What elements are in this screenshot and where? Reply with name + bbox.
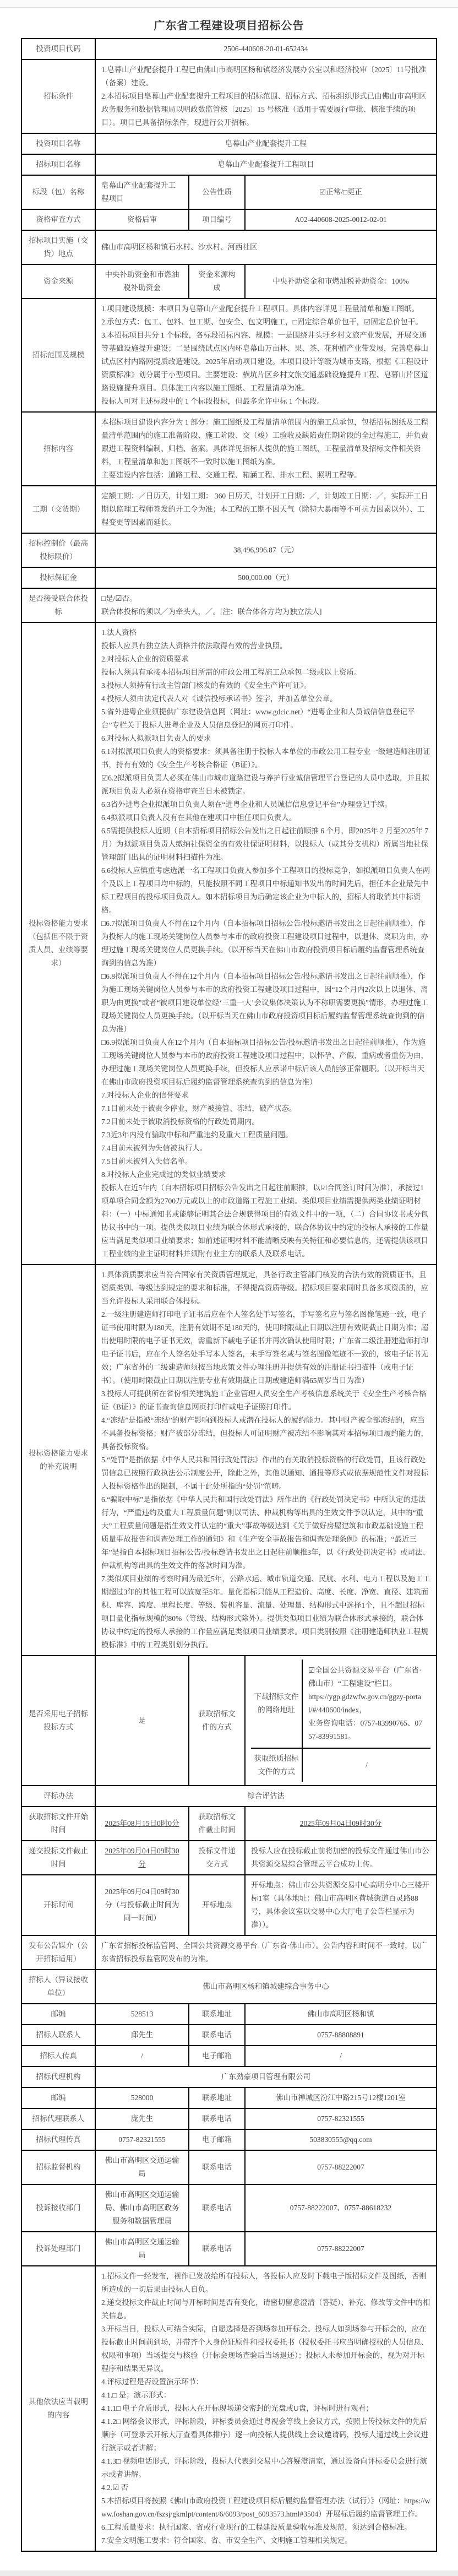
row-label: 发布公告媒介（公开招标适用） [21, 1935, 95, 1970]
row-value-2: 0757-88808891 [245, 2025, 437, 2046]
row-value: 1.皂幕山产业配套提升工程已由佛山市高明区杨和镇经济发展办公室以和经济投审〔20… [95, 59, 437, 133]
row-label-2: 项目编号 [189, 209, 245, 230]
row-value: 皂幕山产业配套提升工程项目 [95, 154, 437, 175]
row-label: 投诉接收部门 [21, 2184, 95, 2232]
row-label: 招标代理联系人 [21, 2108, 95, 2129]
row-value: □是/☑否。 联合体投标的须以／为牵头人，／。[注：联合体各方均为独立法人] [95, 588, 437, 622]
row-tender-project-name: 招标项目名称 皂幕山产业配套提升工程项目 [21, 154, 437, 175]
row-value-2: 中央补助资金和市燃油税补助资金：100% [245, 264, 437, 299]
row-doc-time: 获取招标文件开始时间 2025年08月15日0时0分 获取招标文件截止时间 20… [21, 1807, 437, 1841]
row-label-2: 获取招标文件截止时间 [189, 1807, 245, 1841]
row-label-2: 资金来源构成 [189, 264, 245, 299]
paper-doc-subrow: 获取纸质招标文件的方式 / [251, 1748, 430, 1782]
row-label-2: 电子邮箱 [189, 2046, 245, 2067]
row-value-2: 503830555@qq.com [245, 2129, 437, 2150]
row-value: 庞先生 [95, 2108, 189, 2129]
row-value: / [95, 2046, 189, 2067]
row-content: 招标内容 本招标项目建设内容分为 1 部分：施工图纸及工程量清单范围内的施工总承… [21, 412, 437, 486]
row-value-2: 0757-88222007、0757-88618232 [245, 2184, 437, 2232]
row-value: 定额工期：／日历天，计划工期： 360 日历天，计划开工日期：／，计划竣工日期：… [95, 486, 437, 533]
row-value-2: 0757-88222007 [245, 2150, 437, 2184]
row-e-bidding: 是否采用电子招标投标方式 是 获取招标文件的方式 下载招标文件的网络地址 ☑全国… [21, 1656, 437, 1786]
row-label: 招标项目实施（交货）地点 [21, 230, 95, 264]
row-value: 0757-82321555 [95, 2129, 189, 2150]
row-value: 佛山市高明区交通运输局 [95, 2150, 189, 2184]
row-value: 广东省招标投标监管网、全国公共资源交易平台（广东省·佛山市）。公告内容和时间不一… [95, 1935, 437, 1970]
row-qualification-supplement: 投标资格能力要求的补充说明 1.具体资质要求应当符合国家有关资质管理规定，具备行… [21, 1265, 437, 1656]
row-location: 招标项目实施（交货）地点 佛山市高明区杨和镇石水村、沙水村、河西社区 [21, 230, 437, 264]
row-funding: 资金来源 中央补助资金和市燃油税补助资金 资金来源构成 中央补助资金和市燃油税补… [21, 264, 437, 299]
row-value: 综合评估法 [95, 1786, 437, 1807]
announcement-table: 投资项目代码 2506-440608-20-01-652434 招标条件 1.皂… [21, 38, 437, 2552]
row-control-price: 招标控制价（最高投标限价） 38,496,996.87（元） [21, 533, 437, 567]
row-value: 是 [95, 1656, 189, 1786]
row-tenderer: 招标人（异议接收单位） 佛山市高明区杨和镇城建综合事务中心 [21, 1970, 437, 2004]
row-value: 500,000.00（元） [95, 567, 437, 588]
row-label: 招标代理机构 [21, 2067, 95, 2087]
row-value: 1.项目建设规模：本项目为皂幕山产业配套提升工程项目。具体内容详见工程量清单和施… [95, 299, 437, 412]
row-label: 招标项目名称 [21, 154, 95, 175]
browser-chrome-strip [0, 0, 458, 8]
row-value: 1.招标文件一经发布，视作已发放给所有投标人，各投标人应及时下载电子版招标文件及… [95, 2266, 437, 2551]
row-label-2: 投标文件递交方式 [189, 1841, 245, 1875]
row-value: 佛山市高明区交通运输局 [95, 2232, 189, 2266]
row-project-code: 投资项目代码 2506-440608-20-01-652434 [21, 39, 437, 59]
row-value: 中央补助资金和市燃油税补助资金 [95, 264, 189, 299]
row-value: 2025年09月04日09时30分 [95, 1841, 189, 1875]
row-tenderer-fax: 招标人传真 / 电子邮箱 / [21, 2046, 437, 2067]
row-value: 佛山市高明区杨和镇城建综合事务中心 [95, 1970, 437, 2004]
announcement-page: 广东省工程建设项目招标公告 投资项目代码 2506-440608-20-01-6… [0, 17, 458, 2570]
row-label: 招标范围及规模 [21, 299, 95, 412]
row-label-2: 公告性质 [189, 175, 245, 209]
row-value-2: 开标地点：佛山市公共资源交易中心高明分中心三楼开标1室（具体地址：佛山市高明区荷… [245, 1875, 437, 1935]
row-label: 招标代理传真 [21, 2129, 95, 2150]
row-consortium: 是否接受联合体投标 □是/☑否。 联合体投标的须以／为牵头人，／。[注：联合体各… [21, 588, 437, 622]
row-media: 发布公告媒介（公开招标适用） 广东省招标投标监管网、全国公共资源交易平台（广东省… [21, 1935, 437, 1970]
row-label: 投资项目名称 [21, 133, 95, 154]
sub-value: / [303, 1749, 430, 1782]
download-url-subrow: 下载招标文件的网络地址 ☑全国公共资源交易平台（广东省·佛山市）“工程建设”栏目… [251, 1660, 430, 1748]
row-label: 是否接受联合体投标 [21, 588, 95, 622]
row-value-2: / [245, 2046, 437, 2067]
row-value-2: 投标人应在投标截止前将加密的投标文件通过佛山市公共资源交易综合管理云平台成功上传… [245, 1841, 437, 1875]
row-bid-bond: 投标保证金 500,000.00（元） [21, 567, 437, 588]
row-qualification-requirements: 投标资格能力要求（包括但不限于资质人员、业绩等要求） 1.法人资格 投标人应具有… [21, 622, 437, 1265]
bottom-strip [0, 2570, 458, 2576]
row-label-2: 联系电话 [189, 2150, 245, 2184]
row-tenderer-postcode: 邮编 528513 联系地址 佛山市高明区杨和镇 [21, 2004, 437, 2025]
row-label: 招标人（异议接收单位） [21, 1970, 95, 2004]
row-value: 38,496,996.87（元） [95, 533, 437, 567]
row-duration: 工期（交货期） 定额工期：／日历天，计划工期： 360 日历天，计划开工日期：／… [21, 486, 437, 533]
row-agency: 招标代理机构 广东劲豪项目管理有限公司 [21, 2067, 437, 2087]
row-label-2: 联系电话 [189, 2025, 245, 2046]
row-investment-project-name: 投资项目名称 皂幕山产业配套提升工程 [21, 133, 437, 154]
row-qualification-method: 资格审查方式 资格后审 项目编号 A02-440608-2025-0012-02… [21, 209, 437, 230]
row-label-2: 获取招标文件的方式 [189, 1656, 245, 1786]
row-label: 招标人传真 [21, 2046, 95, 2067]
row-label: 获取招标文件开始时间 [21, 1807, 95, 1841]
row-label-2: 联系地址 [189, 2004, 245, 2025]
row-agency-contact: 招标代理联系人 庞先生 联系电话 0757-82321555 [21, 2108, 437, 2129]
row-label: 是否采用电子招标投标方式 [21, 1656, 95, 1786]
row-label-2: 联系电话 [189, 2184, 245, 2232]
sub-label: 下载招标文件的网络地址 [251, 1660, 303, 1748]
page-title: 广东省工程建设项目招标公告 [0, 17, 458, 32]
row-complaint-receiving: 投诉接收部门 佛山市高明区交通运输局、佛山市高明区政务服务和数据管理局 联系电话… [21, 2184, 437, 2232]
row-value: 528000 [95, 2087, 189, 2108]
row-label: 邮编 [21, 2004, 95, 2025]
row-section-name: 标段（包）名称 皂幕山产业配套提升工程项目 公告性质 ☑正常/□更正 [21, 175, 437, 209]
row-label: 资格审查方式 [21, 209, 95, 230]
row-label: 资金来源 [21, 264, 95, 299]
row-label-2: 联系地址 [189, 2087, 245, 2108]
row-value: 2025年09月04日09时30分（与投标截止时间为同一时间） [95, 1875, 189, 1935]
row-label: 邮编 [21, 2087, 95, 2108]
row-value: 佛山市高明区交通运输局、佛山市高明区政务服务和数据管理局 [95, 2184, 189, 2232]
row-value-2: 佛山市禅城区汾江中路215号12楼1201室 [245, 2087, 437, 2108]
row-label: 投诉处理部门 [21, 2232, 95, 2266]
row-value-2: 2025年09月04日09时30分 [245, 1807, 437, 1841]
row-label-2: 电子邮箱 [189, 2129, 245, 2150]
row-label: 投资项目代码 [21, 39, 95, 59]
row-label: 招标监督机构 [21, 2150, 95, 2184]
row-value: 皂幕山产业配套提升工程项目 [95, 175, 189, 209]
row-value: 1.法人资格 投标人应具有独立法人资格并依法取得有效的营业执照。 2.对投标人企… [95, 622, 437, 1265]
row-value: 2025年08月15日0时0分 [95, 1807, 189, 1841]
doc-access-cell: 下载招标文件的网络地址 ☑全国公共资源交易平台（广东省·佛山市）“工程建设”栏目… [245, 1656, 437, 1786]
row-label: 招标内容 [21, 412, 95, 486]
row-value: 佛山市高明区杨和镇石水村、沙水村、河西社区 [95, 230, 437, 264]
row-label: 投标资格能力要求的补充说明 [21, 1265, 95, 1656]
row-label: 开标时间 [21, 1875, 95, 1935]
row-agency-fax: 招标代理传真 0757-82321555 电子邮箱 503830555@qq.c… [21, 2129, 437, 2150]
row-agency-postcode: 邮编 528000 联系地址 佛山市禅城区汾江中路215号12楼1201室 [21, 2087, 437, 2108]
row-value: 资格后审 [95, 209, 189, 230]
row-value: 528513 [95, 2004, 189, 2025]
row-value: 1.具体资质要求应当符合国家有关资质管理规定，具备行政主管部门核发的合法有效的资… [95, 1265, 437, 1656]
row-label-2: 联系电话 [189, 2232, 245, 2266]
sub-value: ☑全国公共资源交易平台（广东省·佛山市）“工程建设”栏目。 https://yg… [303, 1660, 430, 1748]
row-label: 招标条件 [21, 59, 95, 133]
row-label: 投标保证金 [21, 567, 95, 588]
row-value-2: 佛山市高明区杨和镇 [245, 2004, 437, 2025]
row-value: 2506-440608-20-01-652434 [95, 39, 437, 59]
row-tender-conditions: 招标条件 1.皂幕山产业配套提升工程已由佛山市高明区杨和镇经济发展办公室以和经济… [21, 59, 437, 133]
row-tenderer-contact: 招标人联系人 邱先生 联系电话 0757-88808891 [21, 2025, 437, 2046]
row-opening: 开标时间 2025年09月04日09时30分（与投标截止时间为同一时间） 开标地… [21, 1875, 437, 1935]
row-label-2: 联系电话 [189, 2108, 245, 2129]
row-value-2: ☑正常/□更正 [245, 175, 437, 209]
row-label: 其他依法应当载明的内容 [21, 2266, 95, 2551]
row-label: 标段（包）名称 [21, 175, 95, 209]
row-value: 广东劲豪项目管理有限公司 [95, 2067, 437, 2087]
row-label: 工期（交货期） [21, 486, 95, 533]
row-submission: 递交投标文件截止时间 2025年09月04日09时30分 投标文件递交方式 投标… [21, 1841, 437, 1875]
row-value-2: 0757-88222007 [245, 2232, 437, 2266]
row-value-2: 0757-82321555 [245, 2108, 437, 2129]
row-label: 招标人联系人 [21, 2025, 95, 2046]
row-label-2: 开标地点 [189, 1875, 245, 1935]
sub-label: 获取纸质招标文件的方式 [251, 1749, 303, 1782]
row-value-2: A02-440608-2025-0012-02-01 [245, 209, 437, 230]
row-value: 本招标项目建设内容分为 1 部分：施工图纸及工程量清单范围内的施工总承包，包括招… [95, 412, 437, 486]
row-complaint-handling: 投诉处理部门 佛山市高明区交通运输局 联系电话 0757-88222007 [21, 2232, 437, 2266]
row-label: 招标控制价（最高投标限价） [21, 533, 95, 567]
row-label: 评标办法 [21, 1786, 95, 1807]
row-evaluation-method: 评标办法 综合评估法 [21, 1786, 437, 1807]
row-label: 投标资格能力要求（包括但不限于资质人员、业绩等要求） [21, 622, 95, 1265]
row-value: 皂幕山产业配套提升工程 [95, 133, 437, 154]
row-supervision: 招标监督机构 佛山市高明区交通运输局 联系电话 0757-88222007 [21, 2150, 437, 2184]
row-scope: 招标范围及规模 1.项目建设规模：本项目为皂幕山产业配套提升工程项目。具体内容详… [21, 299, 437, 412]
row-value: 邱先生 [95, 2025, 189, 2046]
row-other-content: 其他依法应当载明的内容 1.招标文件一经发布，视作已发放给所有投标人，各投标人应… [21, 2266, 437, 2551]
row-label: 递交投标文件截止时间 [21, 1841, 95, 1875]
